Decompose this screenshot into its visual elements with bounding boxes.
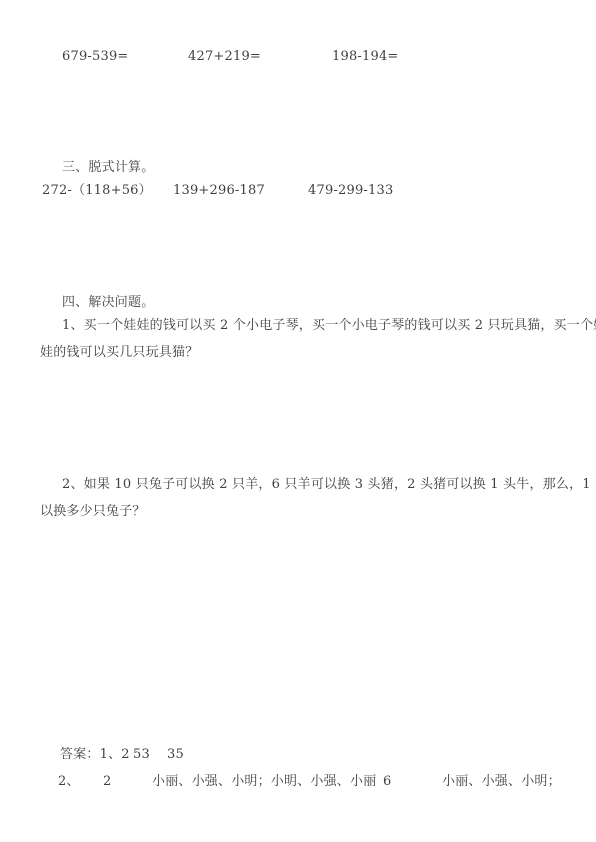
answer-line2-seg2: 2 [103,775,111,789]
section-four-title: 四、解决问题。 [62,296,154,310]
section-three-expression-1: 272-（118+56） [42,184,152,198]
answer-line1-value2: 35 [167,748,184,762]
question1-line-2: 娃的钱可以买几只玩具猫？ [40,346,198,360]
question2-line-1: 2、如果 10 只兔子可以换 2 只羊，6 只羊可以换 3 头猪，2 头猪可以换… [62,478,596,492]
section-three-title: 三、脱式计算。 [62,161,154,175]
question2-line-2: 以换多少只兔子？ [40,505,146,519]
section-three-expression-2: 139+296-187 [173,184,265,198]
oral-expression-3: 198-194= [332,50,399,64]
answer-line1-value1: 53 [133,748,150,762]
section-three-expression-3: 479-299-133 [308,184,393,198]
answer-line2-seg4: 6 [383,775,391,789]
answer-line2-seg5: 小丽、小强、小明； [442,775,561,789]
worksheet-page: 679-539= 427+219= 198-194= 三、脱式计算。 272-（… [0,0,596,842]
oral-expression-1: 679-539= [62,50,129,64]
answer-line2-seg1: 2、 [58,775,80,789]
oral-expression-2: 427+219= [188,50,261,64]
question1-line-1: 1、买一个娃娃的钱可以买 2 个小电子琴，买一个小电子琴的钱可以买 2 只玩具猫… [62,319,596,333]
answer-line1-label: 答案：1、2 [60,748,130,762]
answer-line2-seg3: 小丽、小强、小明；小明、小强、小丽 [152,775,376,789]
